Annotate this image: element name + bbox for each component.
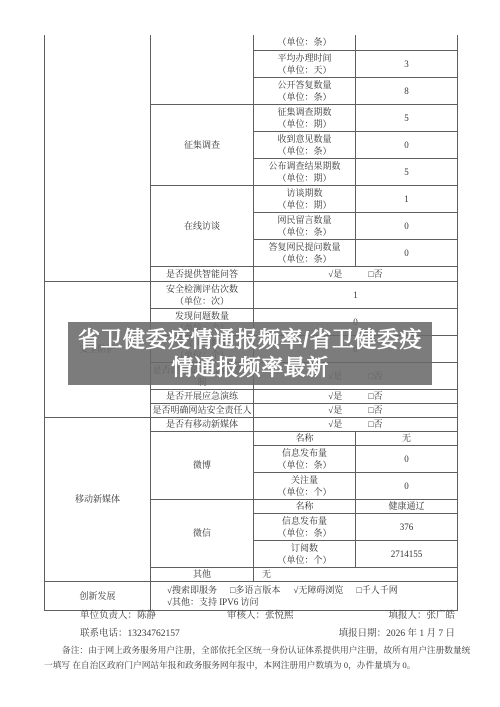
label-text: 答复网民提问数量 — [255, 241, 354, 253]
value-cell: 376 — [356, 513, 458, 540]
value-cell — [356, 35, 458, 50]
label-cell: 公布调查结果期数（单位：期） — [254, 158, 356, 185]
value-cell: 健康通辽 — [356, 499, 458, 513]
group-cell-interview: 在线访谈 — [151, 185, 254, 266]
remark-line-2: 一填写 在自治区政府门户网站年报和政务服务网年报中，本网注册用户数填为 0，办件… — [44, 658, 484, 673]
option-other-ipv6: √其他：支持 IPV6 访问 — [152, 596, 456, 608]
document-page: （单位：条） 平均办理时间（单位：天） 3 公开答复数量（单位：条） 8 征集调… — [0, 0, 500, 707]
label-text: 是否开展应急演练 — [152, 390, 252, 402]
yesno-group: √是 □否 — [255, 268, 456, 280]
label-cell: 其他 — [151, 567, 254, 581]
category-cell-innovation: 创新发展 — [45, 581, 151, 610]
auditor: 审核人：张悦熙 — [227, 607, 294, 621]
group-cell-wechat: 微信 — [151, 499, 254, 567]
value-text: 无 — [357, 432, 456, 444]
category-cell-mobile: 移动新媒体 — [45, 417, 151, 581]
label-unit: （单位：期） — [255, 172, 354, 184]
label-text: 访谈期数 — [255, 187, 354, 199]
yesno-group: √是 □否 — [255, 390, 456, 402]
yes-checkbox: √是 — [328, 390, 342, 402]
yesno-cell: √是 □否 — [254, 403, 458, 417]
value-cell: 无 — [356, 431, 458, 445]
value-text: 健康通辽 — [357, 500, 456, 512]
value-cell: 无 — [254, 567, 458, 581]
label-text: 其他 — [152, 568, 252, 580]
label-unit: （单位：个） — [255, 554, 354, 566]
label-cell: 安全检测评估次数（单位：次） — [151, 281, 254, 308]
category-label: 移动新媒体 — [46, 493, 149, 505]
value-text: 0 — [357, 480, 456, 492]
watermark-overlay: 省卫健委疫情通报频率/省卫健委疫 情通报频率最新 — [68, 322, 432, 385]
label-cell: 是否明确网站安全责任人 — [151, 403, 254, 417]
label-text: 信息发布量 — [255, 515, 354, 527]
group-cell-weibo: 微博 — [151, 431, 254, 499]
table-row: 创新发展 √搜索即服务 □多语言版本 √无障碍浏览 □千人千网 √其他：支持 I… — [45, 581, 458, 610]
label-text: 发现问题数量 — [152, 310, 252, 322]
remark-line-1: 备注：由于网上政务服务用户注册，全部依托全区统一身份认证体系提供用户注册，故所有… — [44, 643, 484, 658]
group-cell-empty — [151, 35, 254, 104]
label-text: 名称 — [255, 500, 354, 512]
report-date: 填报日期：2026 年 1 月 7 日 — [339, 625, 455, 639]
no-checkbox: □否 — [368, 404, 382, 416]
unit-leader: 单位负责人：陈静 — [80, 607, 156, 621]
group-label: 征集调查 — [152, 139, 252, 151]
value-cell: 5 — [356, 104, 458, 131]
value-text: 8 — [357, 85, 456, 97]
label-cell: 是否提供智能问答 — [151, 266, 254, 281]
yesno-cell: √是 □否 — [254, 389, 458, 403]
value-cell: 3 — [356, 50, 458, 77]
label-cell: 网民留言数量（单位：条） — [254, 212, 356, 239]
label-unit: （单位：条） — [255, 226, 354, 238]
yes-checkbox: √是 — [328, 404, 342, 416]
group-label: 在线访谈 — [152, 220, 252, 232]
label-text: 平均办理时间 — [255, 52, 354, 64]
value-cell: 0 — [356, 472, 458, 499]
label-cell: 平均办理时间（单位：天） — [254, 50, 356, 77]
label-text: （单位：条） — [255, 36, 354, 48]
value-text: 2714155 — [357, 548, 456, 560]
label-cell: 关注量（单位：个） — [254, 472, 356, 499]
label-unit: （单位：个） — [255, 486, 354, 498]
label-cell: 订阅数（单位：个） — [254, 540, 356, 567]
option-qianren-qianwang: □千人千网 — [356, 584, 397, 596]
table-row: （单位：条） — [45, 35, 458, 50]
category-cell-empty — [45, 35, 151, 281]
innovation-options: √搜索即服务 □多语言版本 √无障碍浏览 □千人千网 — [152, 584, 456, 596]
no-checkbox: □否 — [368, 268, 382, 280]
value-text: 1 — [255, 289, 456, 301]
group-label: 微博 — [152, 459, 252, 471]
label-unit: （单位：条） — [255, 253, 354, 265]
value-cell: 0 — [356, 445, 458, 472]
value-text: 0 — [357, 139, 456, 151]
label-unit: （单位：期） — [255, 118, 354, 130]
label-cell: 征集调查期数（单位：期） — [254, 104, 356, 131]
table-row: 移动新媒体 是否有移动新媒体 √是 □否 — [45, 417, 458, 431]
value-text: 5 — [357, 112, 456, 124]
value-cell: 0 — [356, 131, 458, 158]
value-cell: 5 — [356, 158, 458, 185]
remark-paragraph: 备注：由于网上政务服务用户注册，全部依托全区统一身份认证体系提供用户注册，故所有… — [44, 643, 484, 673]
label-text: 是否有移动新媒体 — [152, 418, 252, 430]
label-unit: （单位：期） — [255, 199, 354, 211]
value-cell: 1 — [356, 185, 458, 212]
value-cell: 0 — [356, 212, 458, 239]
label-text: 网民留言数量 — [255, 214, 354, 226]
signature-line: 单位负责人：陈静 审核人：张悦熙 填报人：张广皓 — [44, 607, 457, 621]
label-cell: 答复网民提问数量（单位：条） — [254, 239, 356, 266]
no-checkbox: □否 — [368, 418, 382, 430]
value-text: 376 — [357, 521, 456, 533]
yesno-group: √是 □否 — [255, 404, 456, 416]
option-accessibility: √无障碍浏览 — [293, 584, 343, 596]
value-cell: 8 — [356, 77, 458, 104]
yesno-group: √是 □否 — [255, 418, 456, 430]
label-cell: 名称 — [254, 431, 356, 445]
contact-phone: 联系电话：13234762157 — [80, 625, 180, 639]
value-cell: 0 — [356, 239, 458, 266]
label-text: 公开答复数量 — [255, 79, 354, 91]
label-text: 关注量 — [255, 474, 354, 486]
label-cell: 信息发布量（单位：条） — [254, 513, 356, 540]
value-text: 0 — [357, 220, 456, 232]
report-filler: 填报人：张广皓 — [388, 607, 455, 621]
value-cell: 2714155 — [356, 540, 458, 567]
label-cell: 名称 — [254, 499, 356, 513]
contact-line: 联系电话：13234762157 填报日期：2026 年 1 月 7 日 — [44, 625, 457, 639]
label-text: 订阅数 — [255, 542, 354, 554]
label-text: 征集调查期数 — [255, 106, 354, 118]
label-unit: （单位：条） — [255, 91, 354, 103]
value-text: 3 — [357, 58, 456, 70]
watermark-text-line-1: 省卫健委疫情通报频率/省卫健委疫 — [78, 326, 422, 354]
watermark-text-line-2: 情通报频率最新 — [171, 354, 329, 382]
yes-checkbox: √是 — [328, 418, 342, 430]
category-label: 创新发展 — [46, 590, 149, 602]
label-unit: （单位：条） — [255, 459, 354, 471]
label-unit: （单位：条） — [255, 145, 354, 157]
yesno-cell: √是 □否 — [254, 417, 458, 431]
label-text: 名称 — [255, 432, 354, 444]
option-search-service: √搜索即服务 — [167, 584, 217, 596]
yes-checkbox: √是 — [328, 268, 342, 280]
option-multi-language: □多语言版本 — [230, 584, 280, 596]
table-row: 安全防护 安全检测评估次数（单位：次） 1 — [45, 281, 458, 308]
label-text: 信息发布量 — [255, 447, 354, 459]
value-text: 5 — [357, 166, 456, 178]
label-cell: 收到意见数量（单位：条） — [254, 131, 356, 158]
value-text: 无 — [262, 568, 456, 580]
no-checkbox: □否 — [368, 390, 382, 402]
label-cell: 是否有移动新媒体 — [151, 417, 254, 431]
label-cell: 公开答复数量（单位：条） — [254, 77, 356, 104]
value-text: 1 — [357, 193, 456, 205]
label-text: 公布调查结果期数 — [255, 160, 354, 172]
label-unit: （单位：次） — [152, 295, 252, 307]
value-text: 0 — [357, 453, 456, 465]
innovation-cell: √搜索即服务 □多语言版本 √无障碍浏览 □千人千网 √其他：支持 IPV6 访… — [151, 581, 458, 610]
label-unit: （单位：天） — [255, 64, 354, 76]
yesno-cell: √是 □否 — [254, 266, 458, 281]
label-text: 收到意见数量 — [255, 133, 354, 145]
label-cell: 访谈期数（单位：期） — [254, 185, 356, 212]
value-text: 0 — [357, 247, 456, 259]
label-text: 是否明确网站安全责任人 — [152, 404, 252, 416]
label-text: 是否提供智能问答 — [152, 268, 252, 280]
label-cell: （单位：条） — [254, 35, 356, 50]
label-text: 安全检测评估次数 — [152, 283, 252, 295]
label-cell: 信息发布量（单位：条） — [254, 445, 356, 472]
group-label: 微信 — [152, 527, 252, 539]
group-cell-survey: 征集调查 — [151, 104, 254, 185]
label-cell: 是否开展应急演练 — [151, 389, 254, 403]
label-unit: （单位：条） — [255, 527, 354, 539]
value-cell: 1 — [254, 281, 458, 308]
